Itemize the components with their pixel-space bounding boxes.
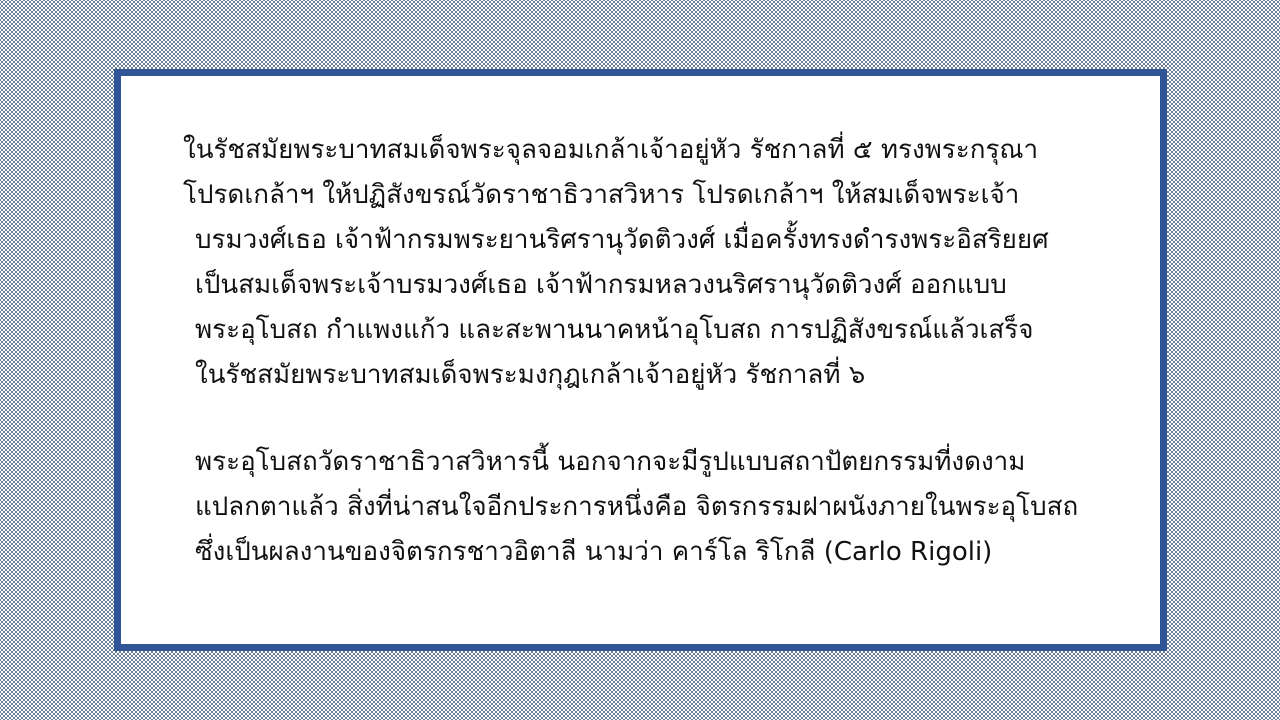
paragraph-1-line-6: ในรัชสมัยพระบาทสมเด็จพระมงกุฎเกล้าเจ้าอย… xyxy=(195,353,865,398)
text-block: ในรัชสมัยพระบาทสมเด็จพระจุลจอมเกล้าเจ้าอ… xyxy=(121,76,1160,644)
paragraph-2-line-3: ซึ่งเป็นผลงานของจิตรกรชาวอิตาลี นามว่า ค… xyxy=(195,530,992,575)
paragraph-2-line-1: พระอุโบสถวัดราชาธิวาสวิหารนี้ นอกจากจะมี… xyxy=(195,440,1025,485)
paragraph-1-line-5: พระอุโบสถ กำแพงแก้ว และสะพานนาคหน้าอุโบส… xyxy=(195,308,1034,353)
paragraph-2-line-2: แปลกตาแล้ว สิ่งที่น่าสนใจอีกประการหนึ่งค… xyxy=(195,485,1078,530)
slide-frame: ในรัชสมัยพระบาทสมเด็จพระจุลจอมเกล้าเจ้าอ… xyxy=(114,69,1167,651)
paragraph-1-line-2: โปรดเกล้าฯ ให้ปฏิสังขรณ์วัดราชาธิวาสวิหา… xyxy=(183,173,1019,218)
paragraph-1-line-1: ในรัชสมัยพระบาทสมเด็จพระจุลจอมเกล้าเจ้าอ… xyxy=(183,128,1038,173)
paragraph-1-line-4: เป็นสมเด็จพระเจ้าบรมวงศ์เธอ เจ้าฟ้ากรมหล… xyxy=(195,263,1007,308)
paragraph-1-line-3: บรมวงศ์เธอ เจ้าฟ้ากรมพระยานริศรานุวัดติว… xyxy=(195,218,1049,263)
